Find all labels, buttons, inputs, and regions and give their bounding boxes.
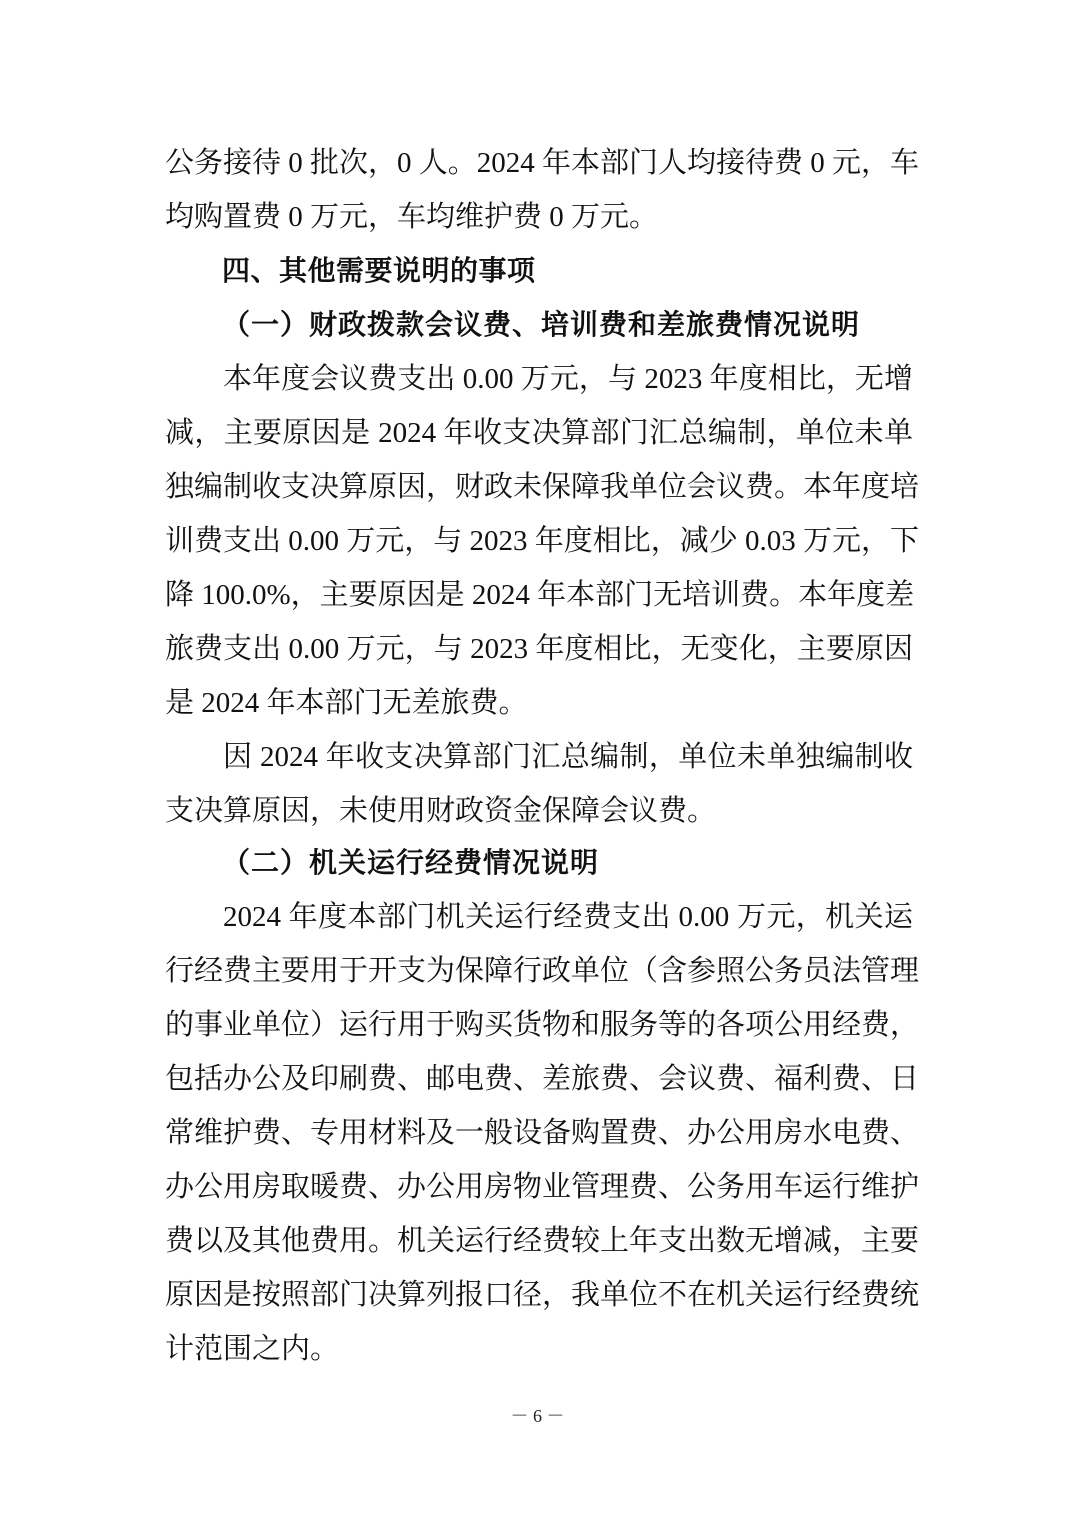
body-line: 独编制收支决算原因，财政未保障我单位会议费。本年度培 <box>165 467 913 507</box>
body-line: 公务接待 0 批次，0 人。2024 年本部门人均接待费 0 元，车 <box>165 143 913 183</box>
body-line: 均购置费 0 万元，车均维护费 0 万元。 <box>165 197 913 237</box>
body-line: 常维护费、专用材料及一般设备购置费、办公用房水电费、 <box>165 1113 913 1153</box>
page-number: － 6 － <box>0 1404 1075 1428</box>
subsection-heading-conference-training-travel: （一）财政拨款会议费、培训费和差旅费情况说明 <box>222 305 860 345</box>
body-line: 的事业单位）运行用于购买货物和服务等的各项公用经费， <box>165 1005 913 1045</box>
body-line: 是 2024 年本部门无差旅费。 <box>165 683 913 723</box>
body-line: 计范围之内。 <box>165 1329 913 1369</box>
document-page: 公务接待 0 批次，0 人。2024 年本部门人均接待费 0 元，车 均购置费 … <box>0 0 1075 1520</box>
body-line: 降 100.0%，主要原因是 2024 年本部门无培训费。本年度差 <box>165 575 913 615</box>
subsection-heading-operating-expenses: （二）机关运行经费情况说明 <box>222 843 599 883</box>
body-line: 训费支出 0.00 万元，与 2023 年度相比，减少 0.03 万元，下 <box>165 521 913 561</box>
body-line: 本年度会议费支出 0.00 万元，与 2023 年度相比，无增 <box>223 359 913 399</box>
section-heading-other-matters: 四、其他需要说明的事项 <box>222 251 536 291</box>
body-line: 费以及其他费用。机关运行经费较上年支出数无增减，主要 <box>165 1221 913 1261</box>
body-line: 原因是按照部门决算列报口径，我单位不在机关运行经费统 <box>165 1275 913 1315</box>
body-line: 旅费支出 0.00 万元，与 2023 年度相比，无变化，主要原因 <box>165 629 913 669</box>
body-line: 因 2024 年收支决算部门汇总编制，单位未单独编制收 <box>223 737 913 777</box>
body-line: 支决算原因，未使用财政资金保障会议费。 <box>165 791 913 831</box>
body-line: 减，主要原因是 2024 年收支决算部门汇总编制，单位未单 <box>165 413 913 453</box>
body-line: 行经费主要用于开支为保障行政单位（含参照公务员法管理 <box>165 951 913 991</box>
body-line: 包括办公及印刷费、邮电费、差旅费、会议费、福利费、日 <box>165 1059 913 1099</box>
body-line: 2024 年度本部门机关运行经费支出 0.00 万元，机关运 <box>223 897 913 937</box>
body-line: 办公用房取暖费、办公用房物业管理费、公务用车运行维护 <box>165 1167 913 1207</box>
